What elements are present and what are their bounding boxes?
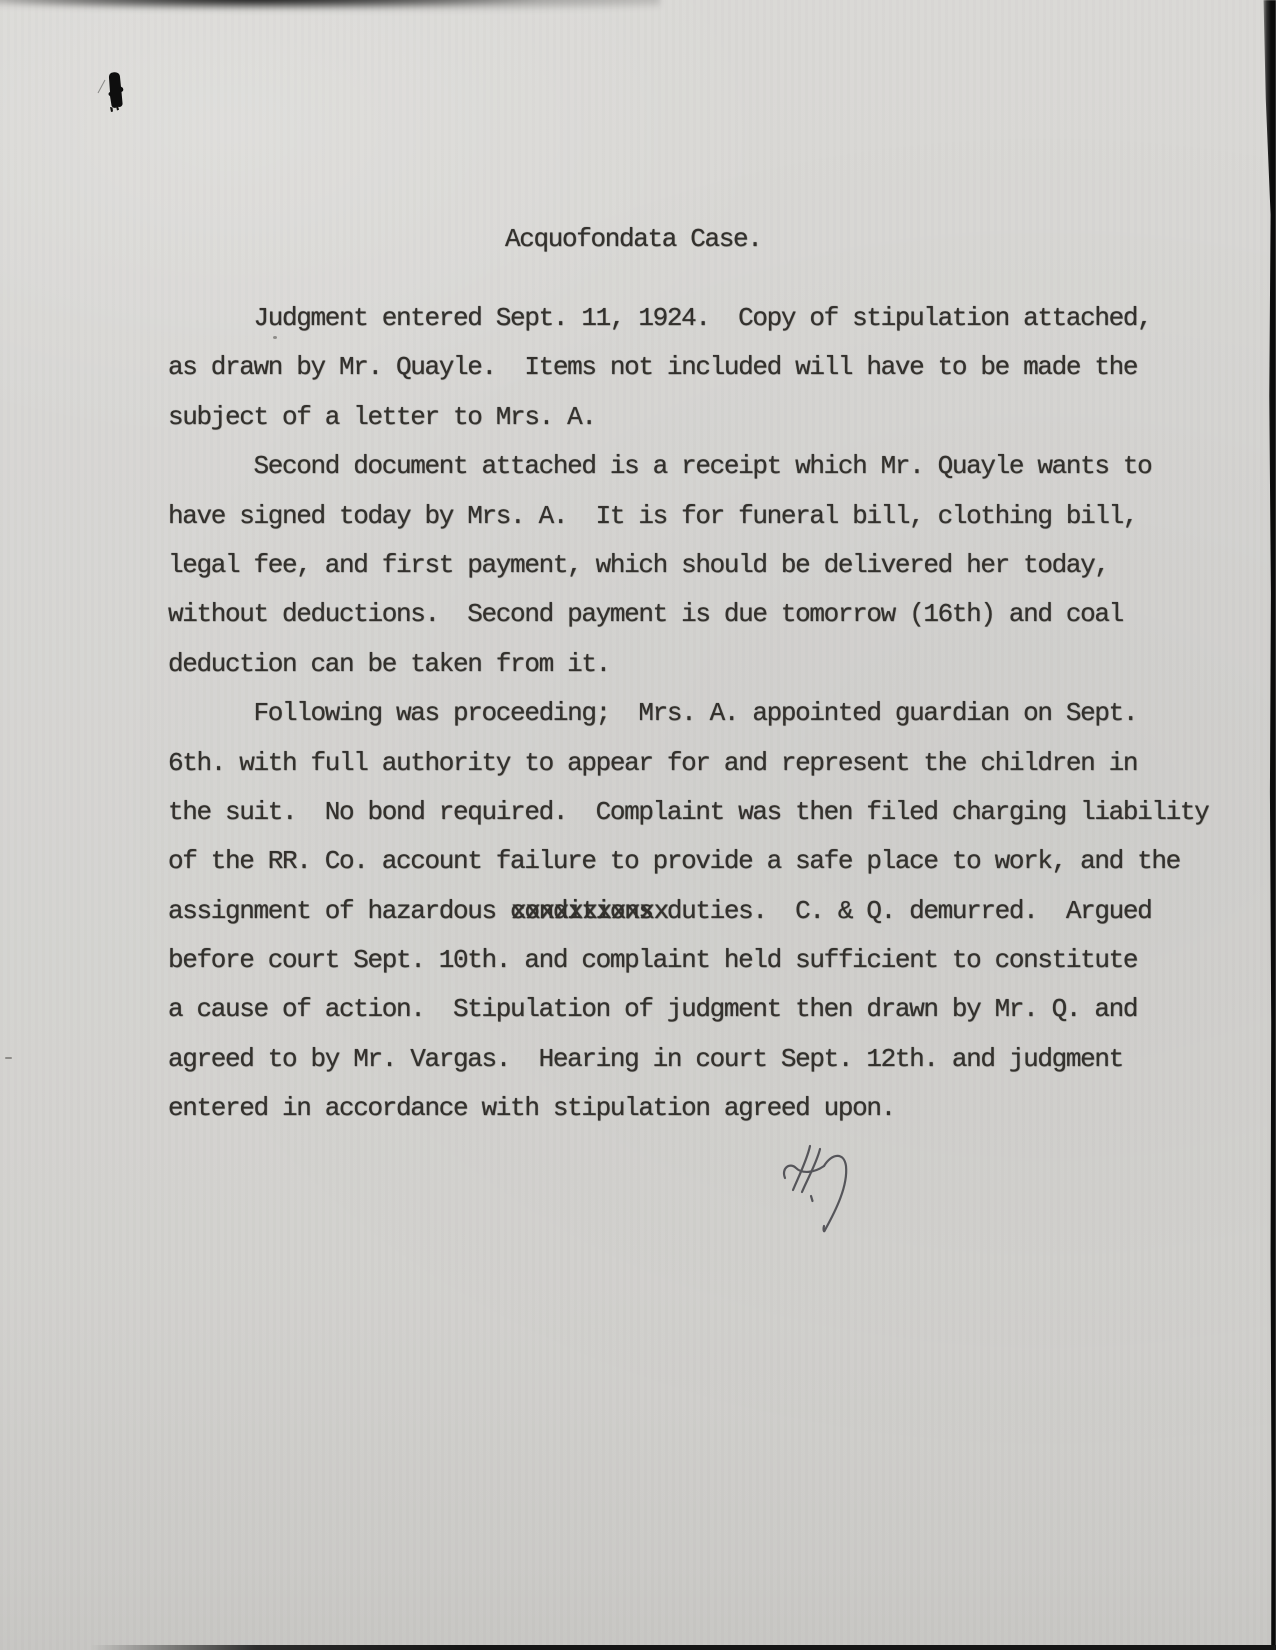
text-line: before court Sept. 10th. and complaint h… xyxy=(168,936,1208,985)
text-line: Following was proceeding; Mrs. A. appoin… xyxy=(168,689,1208,738)
text-line: the suit. No bond required. Complaint wa… xyxy=(168,788,1208,837)
text-line: without deductions. Second payment is du… xyxy=(168,590,1208,639)
text-line: of the RR. Co. account failure to provid… xyxy=(168,837,1208,886)
text-line: 6th. with full authority to appear for a… xyxy=(168,739,1208,788)
text-line: deduction can be taken from it. xyxy=(168,640,1208,689)
scan-speck xyxy=(273,336,277,339)
text-line: as drawn by Mr. Quayle. Items not includ… xyxy=(168,343,1208,392)
text-line: a cause of action. Stipulation of judgme… xyxy=(168,985,1208,1034)
text-line: Second document attached is a receipt wh… xyxy=(168,442,1208,491)
text-line: entered in accordance with stipulation a… xyxy=(168,1084,1208,1133)
text-line: legal fee, and first payment, which shou… xyxy=(168,541,1208,590)
scan-speck xyxy=(5,1057,12,1059)
handwritten-initial xyxy=(780,1140,856,1240)
text-line: assignment of hazardous conditionsxxxxxx… xyxy=(168,887,1208,936)
text-line: Judgment entered Sept. 11, 1924. Copy of… xyxy=(168,294,1208,343)
text-line: subject of a letter to Mrs. A. xyxy=(168,393,1208,442)
document-body: Judgment entered Sept. 11, 1924. Copy of… xyxy=(168,294,1208,1134)
overstruck-word: conditionsxxxxxxxxxxx xyxy=(510,887,653,936)
typewritten-text: Acquofondata Case. Judgment entered Sept… xyxy=(0,0,1276,1650)
text-line: agreed to by Mr. Vargas. Hearing in cour… xyxy=(168,1035,1208,1084)
text-line: have signed today by Mrs. A. It is for f… xyxy=(168,492,1208,541)
scanned-document-page: Acquofondata Case. Judgment entered Sept… xyxy=(0,0,1276,1650)
document-title: Acquofondata Case. xyxy=(505,215,762,264)
